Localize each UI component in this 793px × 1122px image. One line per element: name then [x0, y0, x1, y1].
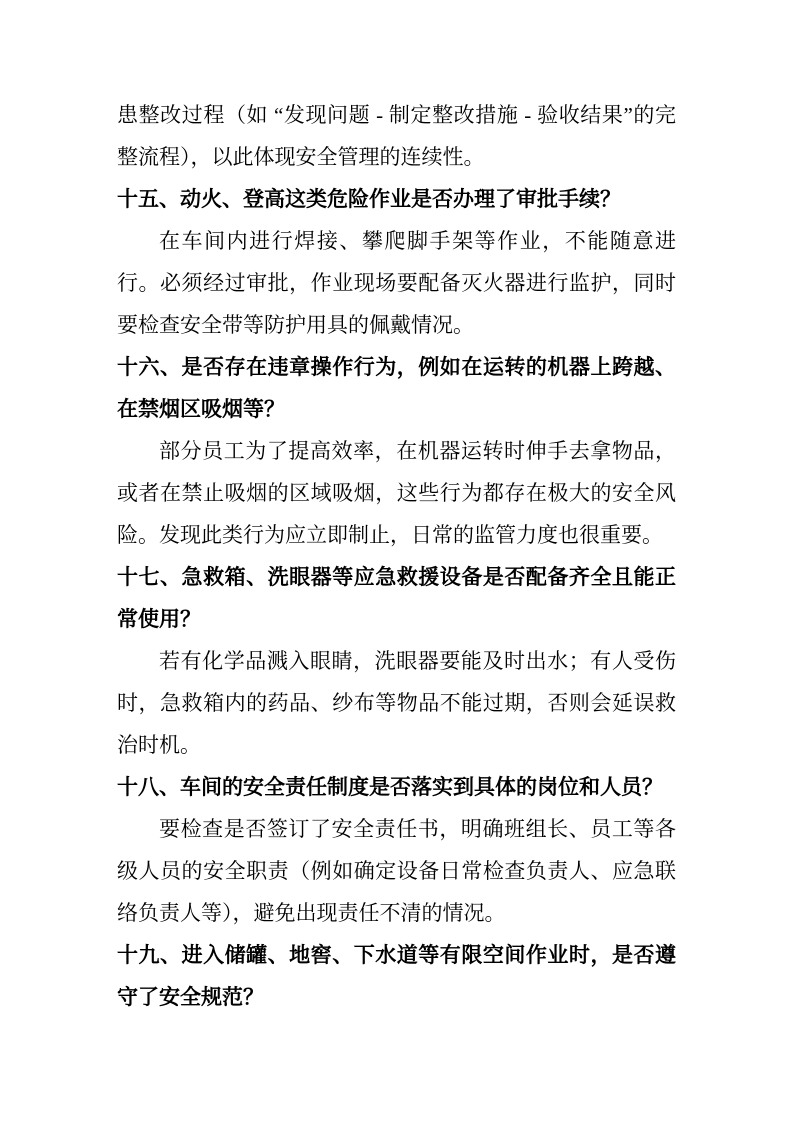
section-heading-18: 十八、车间的安全责任制度是否落实到具体的岗位和人员？ — [117, 766, 676, 808]
paragraph-continuation: 患整改过程（如 “发现问题 - 制定整改措施 - 验收结果”的完整流程），以此体… — [117, 94, 676, 178]
answer-paragraph-18: 要检查是否签订了安全责任书，明确班组长、员工等各级人员的安全职责（例如确定设备日… — [117, 808, 676, 934]
section-heading-19: 十九、进入储罐、地窖、下水道等有限空间作业时，是否遵守了安全规范？ — [117, 934, 676, 1018]
answer-paragraph-16: 部分员工为了提高效率，在机器运转时伸手去拿物品，或者在禁止吸烟的区域吸烟，这些行… — [117, 430, 676, 556]
section-heading-15: 十五、动火、登高这类危险作业是否办理了审批手续？ — [117, 178, 676, 220]
section-heading-17: 十七、急救箱、洗眼器等应急救援设备是否配备齐全且能正常使用？ — [117, 556, 676, 640]
document-page: 患整改过程（如 “发现问题 - 制定整改措施 - 验收结果”的完整流程），以此体… — [0, 0, 793, 1122]
answer-paragraph-17: 若有化学品溅入眼睛，洗眼器要能及时出水；有人受伤时，急救箱内的药品、纱布等物品不… — [117, 640, 676, 766]
answer-paragraph-15: 在车间内进行焊接、攀爬脚手架等作业，不能随意进行。必须经过审批，作业现场要配备灭… — [117, 220, 676, 346]
section-heading-16: 十六、是否存在违章操作行为，例如在运转的机器上跨越、在禁烟区吸烟等？ — [117, 346, 676, 430]
